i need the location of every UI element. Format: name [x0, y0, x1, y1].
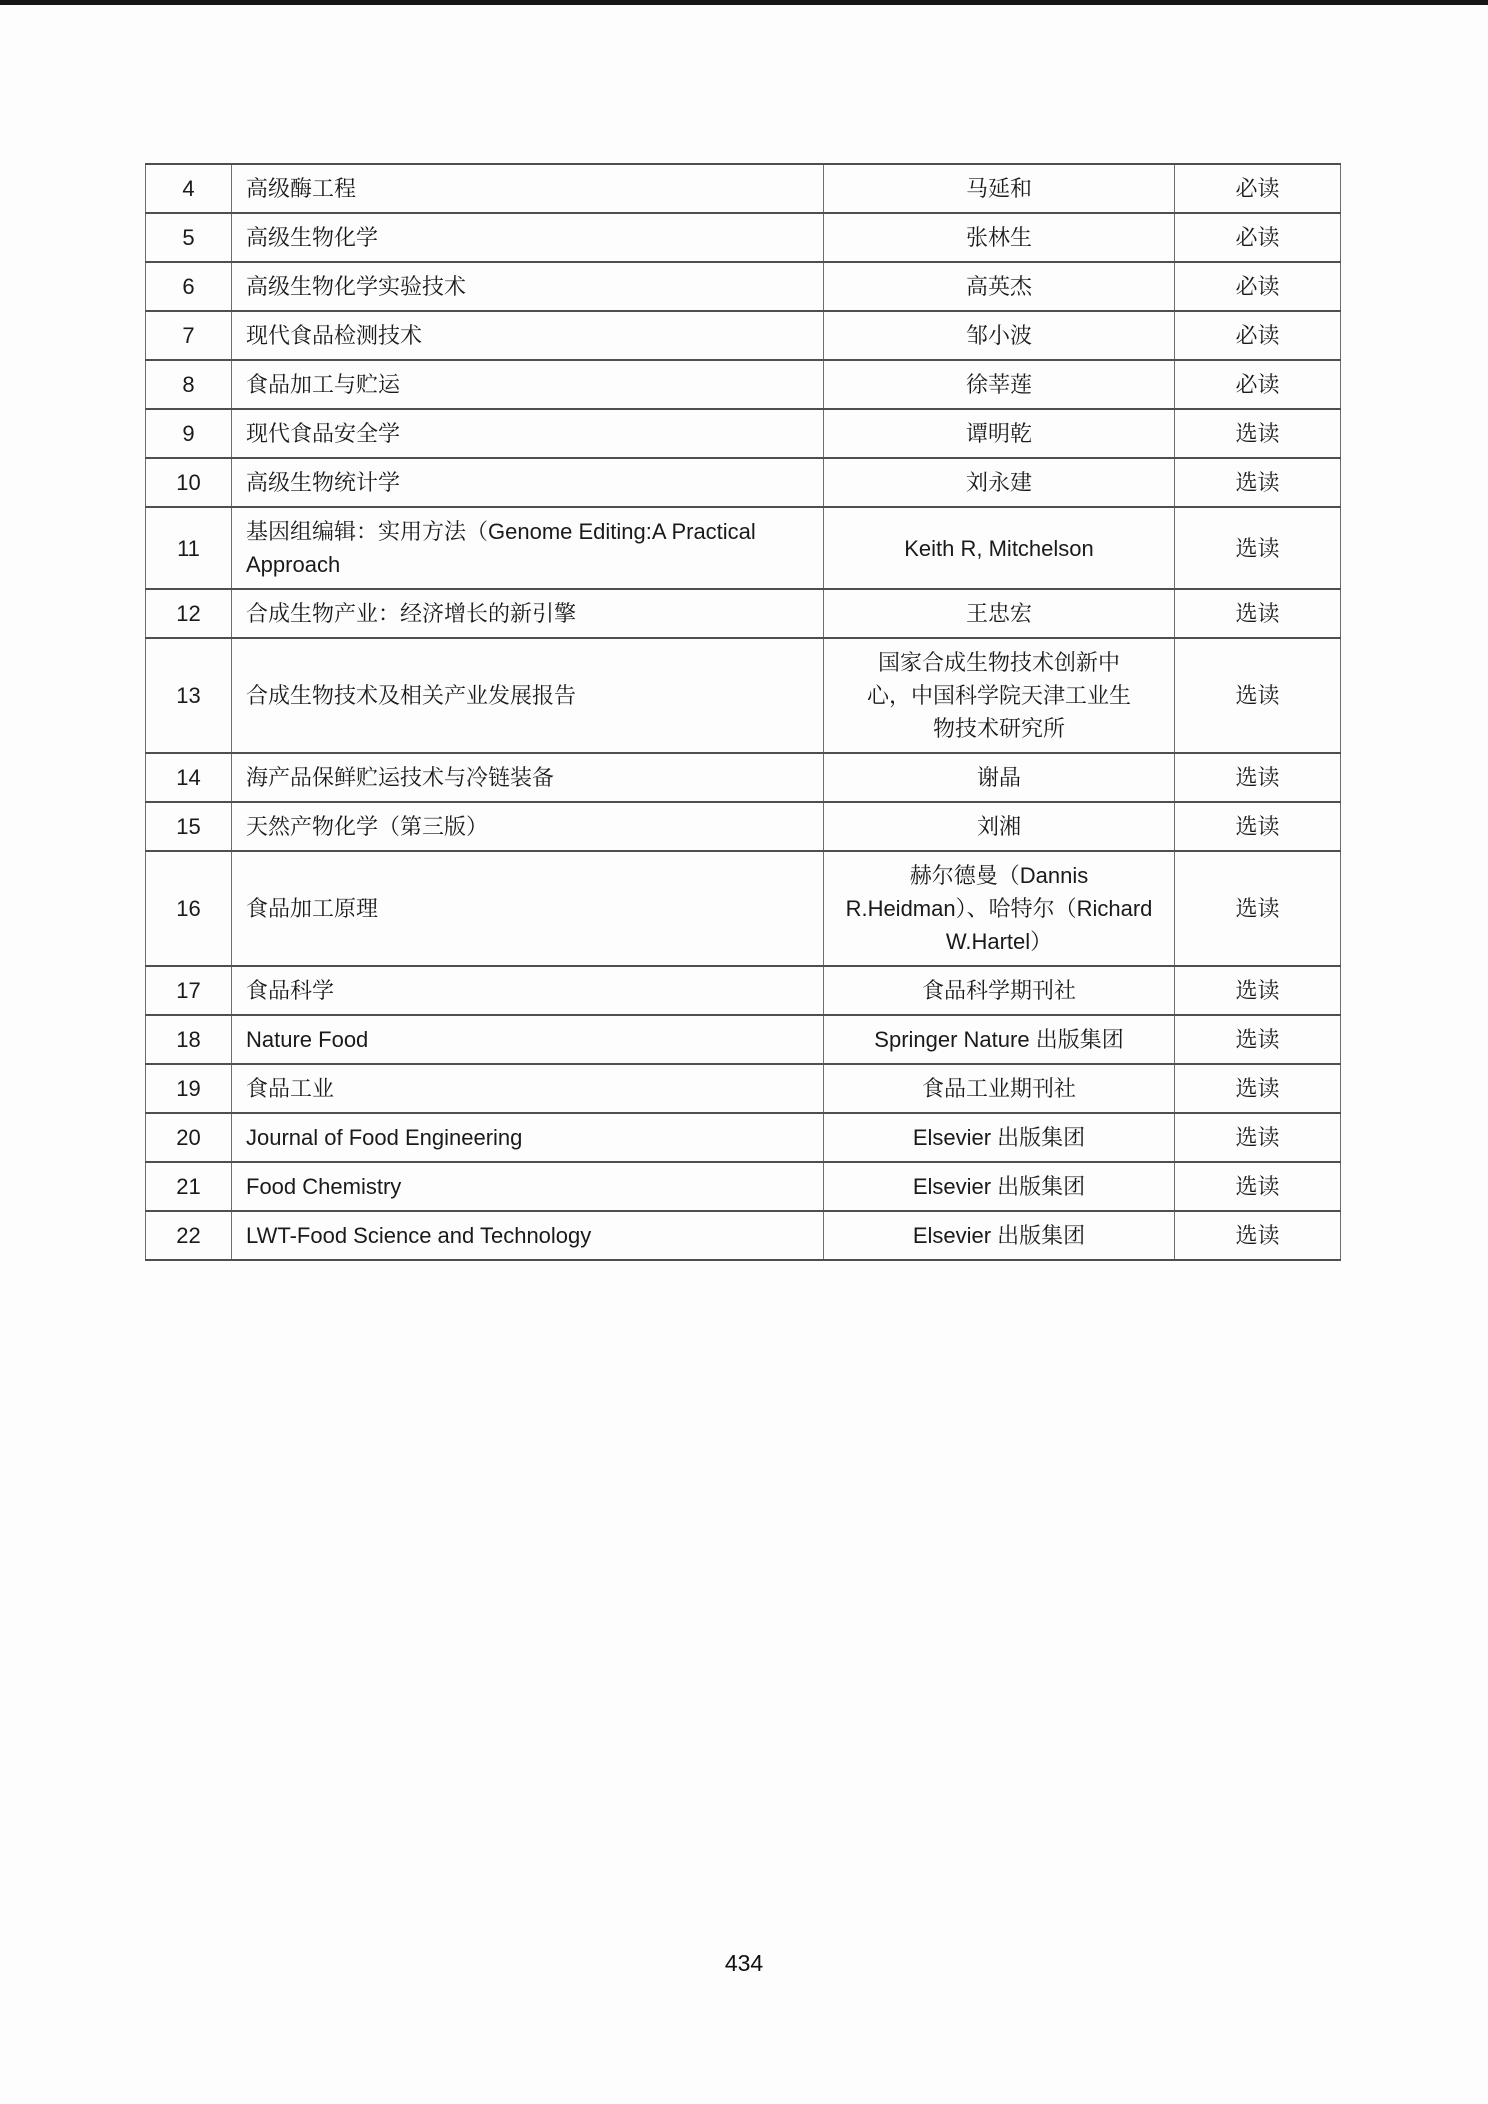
status-cell: 选读 [1175, 589, 1341, 638]
status-cell: 选读 [1175, 1162, 1341, 1211]
author-cell: 马延和 [824, 164, 1175, 213]
title-cell: 海产品保鲜贮运技术与冷链装备 [232, 753, 824, 802]
status-cell: 选读 [1175, 409, 1341, 458]
table-row: 15 天然产物化学（第三版） 刘湘 选读 [146, 802, 1341, 851]
author-cell: 食品工业期刊社 [824, 1064, 1175, 1113]
title-cell: Food Chemistry [232, 1162, 824, 1211]
status-cell: 选读 [1175, 1064, 1341, 1113]
author-cell: Elsevier 出版集团 [824, 1113, 1175, 1162]
row-number-cell: 6 [146, 262, 232, 311]
title-cell: 合成生物产业：经济增长的新引擎 [232, 589, 824, 638]
title-cell: 高级生物化学 [232, 213, 824, 262]
author-cell: Keith R, Mitchelson [824, 507, 1175, 589]
row-number-cell: 18 [146, 1015, 232, 1064]
author-cell: 高英杰 [824, 262, 1175, 311]
author-cell: 刘永建 [824, 458, 1175, 507]
title-cell: LWT-Food Science and Technology [232, 1211, 824, 1260]
table-row: 21 Food Chemistry Elsevier 出版集团 选读 [146, 1162, 1341, 1211]
row-number-cell: 9 [146, 409, 232, 458]
author-cell: Elsevier 出版集团 [824, 1211, 1175, 1260]
author-cell: 赫尔德曼（Dannis R.Heidman）、哈特尔（Richard W.Har… [824, 851, 1175, 966]
title-cell: 高级生物化学实验技术 [232, 262, 824, 311]
title-cell: 高级生物统计学 [232, 458, 824, 507]
row-number-cell: 4 [146, 164, 232, 213]
table-row: 10 高级生物统计学 刘永建 选读 [146, 458, 1341, 507]
title-cell: 食品加工与贮运 [232, 360, 824, 409]
row-number-cell: 7 [146, 311, 232, 360]
table-row: 14 海产品保鲜贮运技术与冷链装备 谢晶 选读 [146, 753, 1341, 802]
scan-artifact-top-bar [0, 0, 1488, 5]
row-number-cell: 12 [146, 589, 232, 638]
table-row: 6 高级生物化学实验技术 高英杰 必读 [146, 262, 1341, 311]
row-number-cell: 14 [146, 753, 232, 802]
title-cell: 基因组编辑：实用方法（Genome Editing:A Practical Ap… [232, 507, 824, 589]
title-cell: 食品加工原理 [232, 851, 824, 966]
row-number-cell: 21 [146, 1162, 232, 1211]
status-cell: 选读 [1175, 851, 1341, 966]
author-cell: Springer Nature 出版集团 [824, 1015, 1175, 1064]
table-row: 13 合成生物技术及相关产业发展报告 国家合成生物技术创新中 心，中国科学院天津… [146, 638, 1341, 753]
table-row: 4 高级酶工程 马延和 必读 [146, 164, 1341, 213]
table-row: 18 Nature Food Springer Nature 出版集团 选读 [146, 1015, 1341, 1064]
status-cell: 选读 [1175, 507, 1341, 589]
row-number-cell: 13 [146, 638, 232, 753]
author-cell: Elsevier 出版集团 [824, 1162, 1175, 1211]
table-row: 9 现代食品安全学 谭明乾 选读 [146, 409, 1341, 458]
author-cell: 王忠宏 [824, 589, 1175, 638]
table-row: 11 基因组编辑：实用方法（Genome Editing:A Practical… [146, 507, 1341, 589]
status-cell: 必读 [1175, 360, 1341, 409]
status-cell: 选读 [1175, 1113, 1341, 1162]
table-row: 12 合成生物产业：经济增长的新引擎 王忠宏 选读 [146, 589, 1341, 638]
status-cell: 选读 [1175, 1015, 1341, 1064]
status-cell: 必读 [1175, 164, 1341, 213]
title-cell: 高级酶工程 [232, 164, 824, 213]
status-cell: 选读 [1175, 1211, 1341, 1260]
page-number: 434 [0, 1950, 1488, 1977]
author-cell: 国家合成生物技术创新中 心，中国科学院天津工业生 物技术研究所 [824, 638, 1175, 753]
author-cell: 谢晶 [824, 753, 1175, 802]
title-cell: 现代食品检测技术 [232, 311, 824, 360]
reading-list-table: 4 高级酶工程 马延和 必读 5 高级生物化学 张林生 必读 6 高级生物化学实… [145, 163, 1341, 1261]
status-cell: 必读 [1175, 311, 1341, 360]
author-cell: 徐莘莲 [824, 360, 1175, 409]
author-cell: 谭明乾 [824, 409, 1175, 458]
row-number-cell: 11 [146, 507, 232, 589]
table-row: 5 高级生物化学 张林生 必读 [146, 213, 1341, 262]
status-cell: 选读 [1175, 966, 1341, 1015]
title-cell: Journal of Food Engineering [232, 1113, 824, 1162]
author-cell: 刘湘 [824, 802, 1175, 851]
title-cell: Nature Food [232, 1015, 824, 1064]
author-cell: 张林生 [824, 213, 1175, 262]
table-row: 7 现代食品检测技术 邹小波 必读 [146, 311, 1341, 360]
status-cell: 选读 [1175, 753, 1341, 802]
row-number-cell: 5 [146, 213, 232, 262]
author-cell: 食品科学期刊社 [824, 966, 1175, 1015]
status-cell: 必读 [1175, 262, 1341, 311]
title-cell: 天然产物化学（第三版） [232, 802, 824, 851]
row-number-cell: 17 [146, 966, 232, 1015]
title-cell: 现代食品安全学 [232, 409, 824, 458]
row-number-cell: 10 [146, 458, 232, 507]
status-cell: 选读 [1175, 458, 1341, 507]
row-number-cell: 8 [146, 360, 232, 409]
title-cell: 食品工业 [232, 1064, 824, 1113]
title-cell: 合成生物技术及相关产业发展报告 [232, 638, 824, 753]
table-row: 20 Journal of Food Engineering Elsevier … [146, 1113, 1341, 1162]
status-cell: 选读 [1175, 802, 1341, 851]
row-number-cell: 19 [146, 1064, 232, 1113]
title-cell: 食品科学 [232, 966, 824, 1015]
author-cell: 邹小波 [824, 311, 1175, 360]
row-number-cell: 16 [146, 851, 232, 966]
row-number-cell: 20 [146, 1113, 232, 1162]
status-cell: 选读 [1175, 638, 1341, 753]
table-row: 16 食品加工原理 赫尔德曼（Dannis R.Heidman）、哈特尔（Ric… [146, 851, 1341, 966]
table-row: 19 食品工业 食品工业期刊社 选读 [146, 1064, 1341, 1113]
table-row: 17 食品科学 食品科学期刊社 选读 [146, 966, 1341, 1015]
status-cell: 必读 [1175, 213, 1341, 262]
row-number-cell: 22 [146, 1211, 232, 1260]
document-page: 4 高级酶工程 马延和 必读 5 高级生物化学 张林生 必读 6 高级生物化学实… [0, 0, 1488, 2104]
table-row: 22 LWT-Food Science and Technology Elsev… [146, 1211, 1341, 1260]
table-row: 8 食品加工与贮运 徐莘莲 必读 [146, 360, 1341, 409]
row-number-cell: 15 [146, 802, 232, 851]
